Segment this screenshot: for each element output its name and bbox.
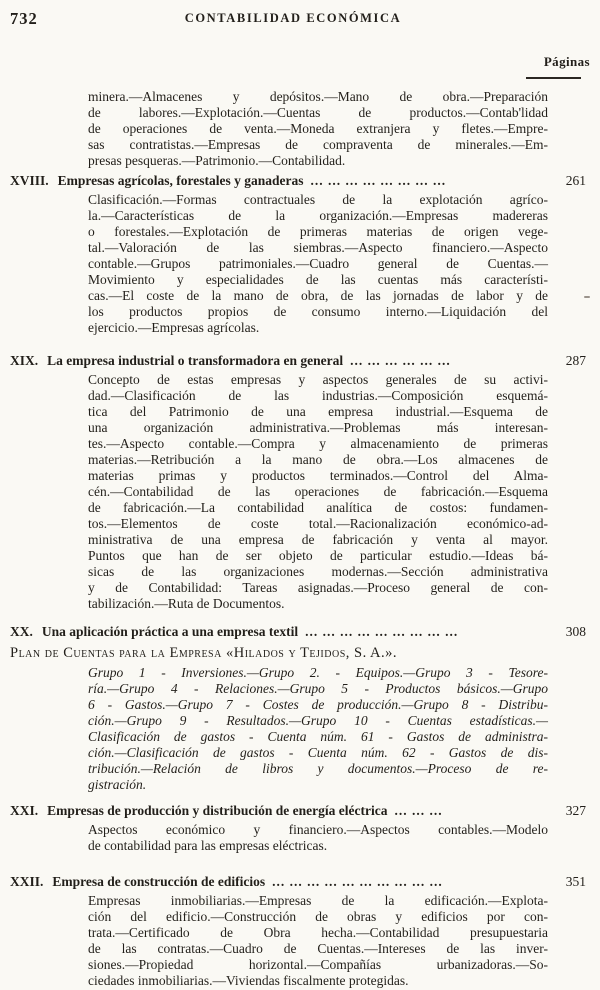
text-line: o forestales.—Explotación de primeras ma… <box>88 224 548 240</box>
chapter-numeral: XIX. <box>10 353 38 369</box>
text-line: gistración. <box>88 777 548 793</box>
text-line: 6 - Gastos.—Grupo 7 - Costes de producci… <box>88 697 548 713</box>
text-line: cén.—Contabilidad de las operaciones de … <box>88 484 548 500</box>
text-line: sas contratistas.—Empresas de compravent… <box>88 137 548 153</box>
chapter-entry-xxii: XXII. Empresa de construcción de edifici… <box>0 874 600 989</box>
chapter-summary: Concepto de estas empresas y aspectos ge… <box>88 372 548 612</box>
text-line: dad.—Clasificación de las industrias.—Co… <box>88 388 548 404</box>
text-line: ciedades inmobiliarias.—Viviendas fiscal… <box>88 973 548 989</box>
chapter-heading: XIX. La empresa industrial o transformad… <box>0 353 600 369</box>
text-line: de operaciones de venta.—Moneda extranje… <box>88 121 548 137</box>
chapter-summary: Empresas inmobiliarias.—Empresas de la e… <box>88 893 548 989</box>
running-title: CONTABILIDAD ECONÓMICA <box>0 11 593 26</box>
text-line: cas.—El coste de la mano de obra, de las… <box>88 288 548 304</box>
text-line: tribución.—Relación de libros y document… <box>88 761 548 777</box>
chapter-entry-xx: XX. Una aplicación práctica a una empres… <box>0 624 600 793</box>
pages-column-rule <box>526 77 581 79</box>
page-header: 732 CONTABILIDAD ECONÓMICA <box>0 0 600 31</box>
chapter-numeral: XXII. <box>10 874 43 890</box>
text-line: de las contratas.—Cuadro de Cuentas.—Int… <box>88 941 548 957</box>
chapter-entry-xxi: XXI. Empresas de producción y distribuci… <box>0 803 600 854</box>
text-line: una organización administrativa.—Problem… <box>88 420 548 436</box>
text-line: de fabricación.—La contabilidad analític… <box>88 500 548 516</box>
chapter-title: La empresa industrial o transformadora e… <box>47 353 343 369</box>
chapter-summary: Aspectos económico y financiero.—Aspecto… <box>88 822 548 854</box>
text-line: Empresas inmobiliarias.—Empresas de la e… <box>88 893 548 909</box>
text-line: la.—Características de la organización.—… <box>88 208 548 224</box>
text-line: presas pesqueras.—Patrimonio.—Contabilid… <box>88 153 548 169</box>
chapter-entry-xviii: XVIII. Empresas agrícolas, forestales y … <box>0 173 600 336</box>
dot-leader: ... ... ... ... ... ... <box>350 353 451 369</box>
pages-column-header: Páginas <box>0 54 600 79</box>
text-line: los productos propios de consumo interno… <box>88 304 548 320</box>
text-line: tal.—Valoración de las siembras.—Aspecto… <box>88 240 548 256</box>
chapter-page-number: 287 <box>550 353 586 369</box>
chapter-page-number: 308 <box>550 624 586 640</box>
chapter-summary: Clasificación.—Formas contractuales de l… <box>88 192 548 336</box>
dot-leader: ... ... ... ... ... ... ... ... <box>311 173 447 189</box>
scan-speckle <box>584 296 590 298</box>
text-line: trata.—Certificado de Obra hecha.—Contab… <box>88 925 548 941</box>
text-line: ejercicio.—Empresas agrícolas. <box>88 320 548 336</box>
text-line: de contabilidad para las empresas eléctr… <box>88 838 548 854</box>
text-line: ministrativa de una empresa de fabricaci… <box>88 532 548 548</box>
chapter-numeral: XX. <box>10 624 33 640</box>
dot-leader: ... ... ... ... ... ... ... ... ... <box>305 624 458 640</box>
dot-leader: ... ... ... <box>395 803 443 819</box>
chapter-heading: XVIII. Empresas agrícolas, forestales y … <box>0 173 600 189</box>
text-line: Clasificación de gastos - Cuenta núm. 61… <box>88 729 548 745</box>
chapter-heading: XXII. Empresa de construcción de edifici… <box>0 874 600 890</box>
text-line: ría.—Grupo 4 - Relaciones.—Grupo 5 - Pro… <box>88 681 548 697</box>
text-line: Puntos que han de ser objeto de particul… <box>88 548 548 564</box>
plan-de-cuentas-subheading: Plan de Cuentas para la Empresa «Hilados… <box>10 645 590 661</box>
text-line: sicas de las organizaciones modernas.—Se… <box>88 564 548 580</box>
dot-leader: ... ... ... ... ... ... ... ... ... ... <box>272 874 443 890</box>
chapter-title: Empresas de producción y distribución de… <box>47 803 387 819</box>
chapter-title: Empresa de construcción de edificios <box>52 874 265 890</box>
chapter-numeral: XXI. <box>10 803 38 819</box>
text-line: siones.—Propiedad horizontal.—Compañías … <box>88 957 548 973</box>
chapter-page-number: 261 <box>550 173 586 189</box>
pages-column-label: Páginas <box>544 54 590 69</box>
text-line: Concepto de estas empresas y aspectos ge… <box>88 372 548 388</box>
chapter-summary: Grupo 1 - Inversiones.—Grupo 2. - Equipo… <box>88 665 548 793</box>
chapter-entry-xix: XIX. La empresa industrial o transformad… <box>0 353 600 612</box>
text-line: minera.—Almacenes y depósitos.—Mano de o… <box>88 89 548 105</box>
chapter-title: Empresas agrícolas, forestales y ganader… <box>58 173 304 189</box>
text-line: tica del Patrimonio de una empresa indus… <box>88 404 548 420</box>
chapter-heading: XX. Una aplicación práctica a una empres… <box>0 624 600 640</box>
chapter-page-number: 327 <box>550 803 586 819</box>
text-line: y de Contabilidad: Tareas asignadas.—Pro… <box>88 580 548 596</box>
text-line: Clasificación.—Formas contractuales de l… <box>88 192 548 208</box>
book-page: 732 CONTABILIDAD ECONÓMICA Páginas miner… <box>0 0 600 990</box>
text-line: contable.—Grupos patrimoniales.—Cuadro g… <box>88 256 548 272</box>
text-line: de labores.—Explotación.—Cuentas de prod… <box>88 105 548 121</box>
text-line: ción.—Grupo 9 - Resultados.—Grupo 10 - C… <box>88 713 548 729</box>
chapter-heading: XXI. Empresas de producción y distribuci… <box>0 803 600 819</box>
chapter-numeral: XVIII. <box>10 173 49 189</box>
intro-paragraph: minera.—Almacenes y depósitos.—Mano de o… <box>88 89 548 169</box>
text-line: ción del edificio.—Construcción de obras… <box>88 909 548 925</box>
text-line: Movimiento y especialidades de las cuent… <box>88 272 548 288</box>
chapter-page-number: 351 <box>550 874 586 890</box>
text-line: Aspectos económico y financiero.—Aspecto… <box>88 822 548 838</box>
text-line: tes.—Aspecto contable.—Compra y almacena… <box>88 436 548 452</box>
text-line: ción.—Clasificación de gastos - Cuenta n… <box>88 745 548 761</box>
text-line: materias primas y productos terminados.—… <box>88 468 548 484</box>
chapter-title: Una aplicación práctica a una empresa te… <box>42 624 298 640</box>
text-line: tos.—Elementos de coste total.—Racionali… <box>88 516 548 532</box>
text-line: materias.—Retribución a la mano de obra.… <box>88 452 548 468</box>
text-line: tabilización.—Ruta de Documentos. <box>88 596 548 612</box>
text-line: Grupo 1 - Inversiones.—Grupo 2. - Equipo… <box>88 665 548 681</box>
